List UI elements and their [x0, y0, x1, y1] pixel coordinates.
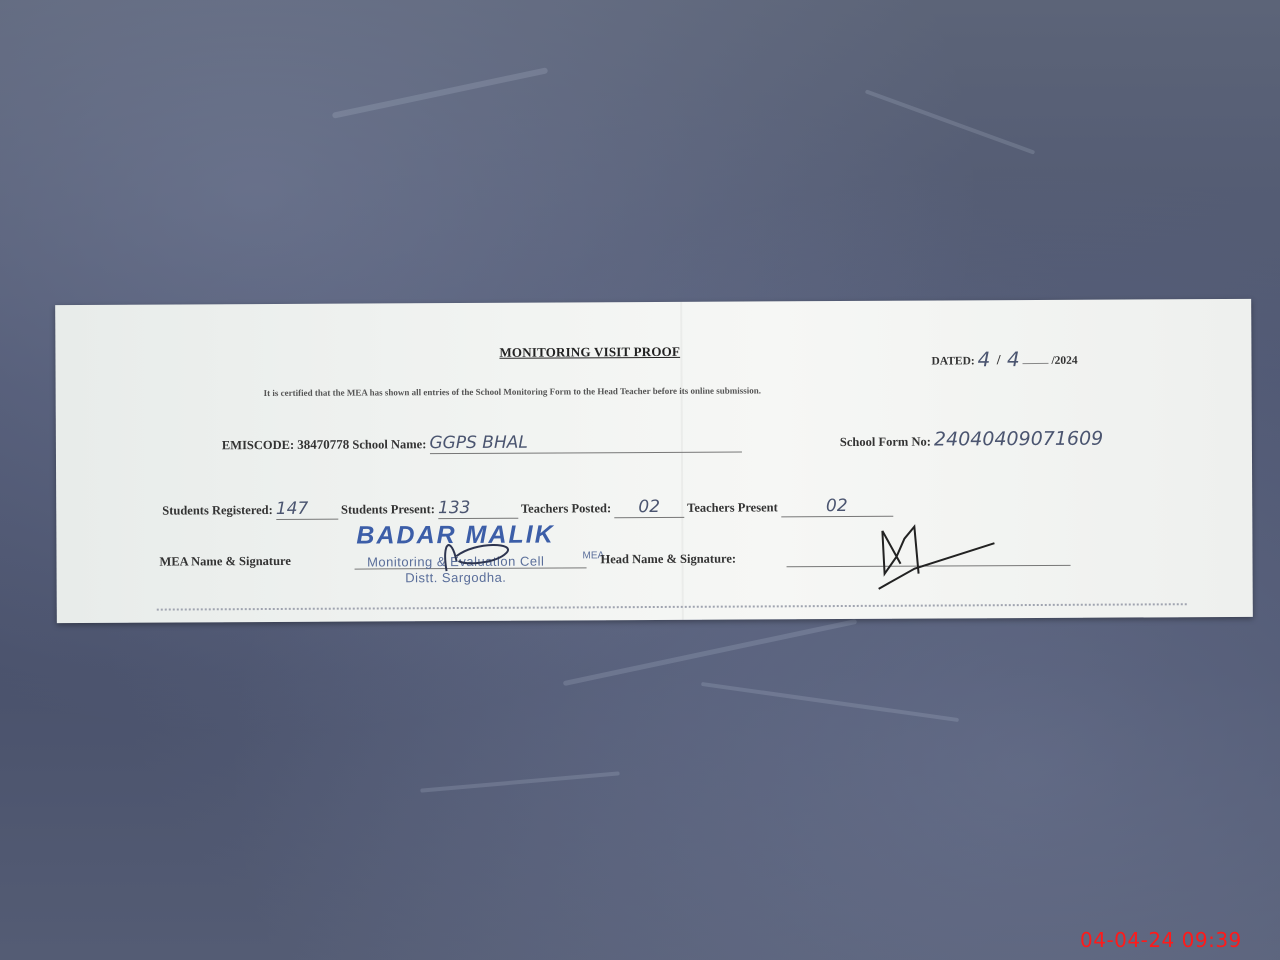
school-name-label: School Name: [352, 437, 426, 451]
school-form-no-row: School Form No: 24040409071609 [840, 428, 1103, 451]
school-form-no-value: 24040409071609 [934, 428, 1103, 451]
teachers-posted-label: Teachers Posted: [521, 501, 611, 515]
head-signature [874, 518, 1004, 594]
monitoring-visit-proof-slip: MONITORING VISIT PROOF DATED: 4 / 4 /202… [55, 299, 1253, 623]
students-registered-value: 147 [276, 499, 309, 519]
students-present-value: 133 [438, 498, 471, 518]
students-registered-label: Students Registered: [162, 503, 273, 518]
teachers-posted-value: 02 [638, 497, 660, 517]
form-title: MONITORING VISIT PROOF [499, 344, 680, 361]
mea-signature-label: MEA Name & Signature [159, 554, 290, 570]
emiscode-value: 38470778 [297, 437, 349, 452]
emiscode-label: EMISCODE: [222, 438, 294, 452]
dated-day: 4 [978, 347, 991, 371]
students-present-label: Students Present: [341, 502, 435, 516]
paper-fold [680, 302, 684, 620]
dated-field: DATED: 4 / 4 /2024 [931, 345, 1077, 370]
school-form-no-label: School Form No: [840, 435, 931, 449]
perforation-line [157, 603, 1187, 610]
camera-timestamp: 04-04-24 09:39 [1080, 928, 1242, 952]
mea-signature [436, 531, 536, 582]
school-name-value: GGPS BHAL [429, 433, 527, 454]
certification-text: It is certified that the MEA has shown a… [264, 384, 1064, 398]
emiscode-row: EMISCODE: 38470778 School Name: GGPS BHA… [222, 432, 742, 456]
dated-year: /2024 [1051, 355, 1077, 367]
teachers-present-label: Teachers Present [687, 500, 778, 514]
dated-label: DATED: [931, 355, 974, 367]
dated-month: 4 [1007, 347, 1020, 371]
attendance-row: Students Registered: 147 Students Presen… [162, 496, 893, 521]
head-signature-label: Head Name & Signature: [600, 552, 736, 568]
teachers-present-value: 02 [826, 496, 848, 516]
